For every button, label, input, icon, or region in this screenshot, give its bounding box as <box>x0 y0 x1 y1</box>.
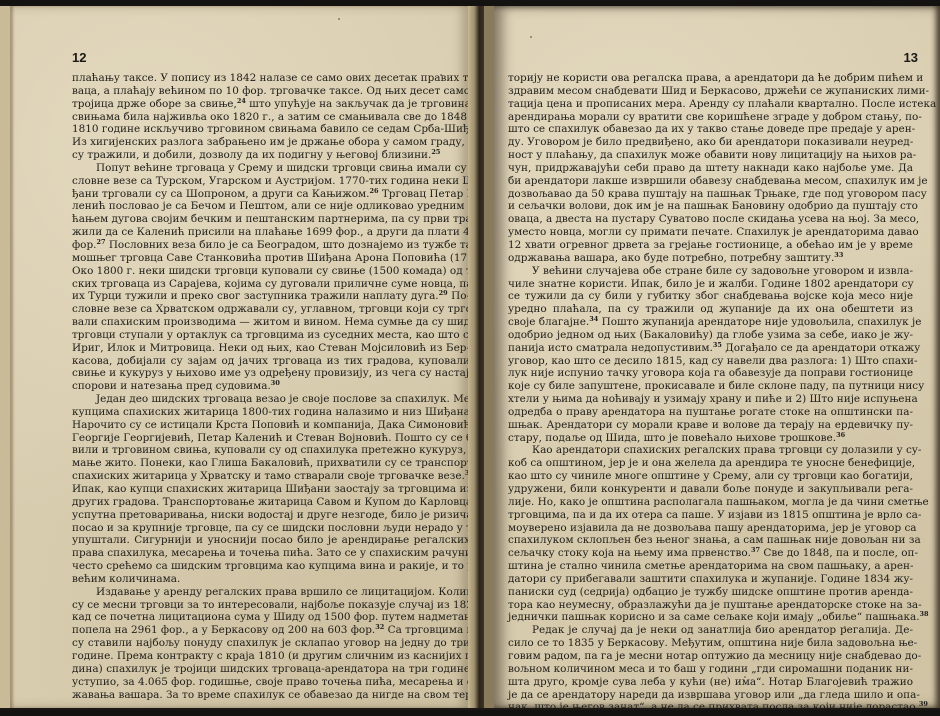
footnote-marker: 25 <box>431 148 440 156</box>
text-line: права спахилука, месарења и точења пића.… <box>72 547 468 560</box>
text-line: ваца, а плаћају већином по 10 фор. тргов… <box>72 85 468 98</box>
text-line: мошњег трговца Саве Станковића против Ши… <box>72 252 468 265</box>
text-line: посао и за крупније трговце, па су се ши… <box>72 522 468 535</box>
paragraph: плаћању таксе. У попису из 1842 налазе с… <box>72 72 468 162</box>
footnote-marker: 27 <box>96 238 105 246</box>
text-line: ских трговаца из Сарајева, којима су дуг… <box>72 278 468 291</box>
text-line: коб са општином, јер је и она желела да … <box>508 457 913 470</box>
text-line: лије. Но, како је општина располагала па… <box>508 496 913 509</box>
text-line: одржавања вашара, ако буде потребно, пот… <box>508 252 913 265</box>
paper-speck <box>130 694 132 696</box>
text-line: панија исто сматрала недопустивим.35 Дог… <box>508 342 913 355</box>
text-line: здравим месом снабдевати Шид и Беркасово… <box>508 85 913 98</box>
text-line: Око 1800 г. неки шидски трговци куповали… <box>72 265 468 278</box>
text-line: датори су прибегавали заштити спахилука … <box>508 573 913 586</box>
text-line: Као арендатори спахиских регалских права… <box>508 444 913 457</box>
paragraph: Редак је случај да је неки од занатлија … <box>508 624 913 708</box>
text-line: касова, добијали су зајам од јачих тргов… <box>72 355 468 368</box>
page-body-text: торију не користи ова регалска права, а … <box>508 72 913 708</box>
text-line: се тужили да су били у губитку због снаб… <box>508 290 913 303</box>
text-line: плаћању таксе. У попису из 1842 налазе с… <box>72 72 468 85</box>
footnote-marker: 26 <box>369 187 378 195</box>
page-number: 13 <box>904 50 918 65</box>
text-line: што се спахилук обавезао да их у такво с… <box>508 123 913 136</box>
text-line: трговцима, па и да их отера са паше. У и… <box>508 509 913 522</box>
paper-speck <box>338 18 340 20</box>
text-line: шњак. Арендатори су морали краве и волов… <box>508 419 913 432</box>
text-line: као што су чиниле многе општине у Срему,… <box>508 470 913 483</box>
text-line: У већини случајева обе стране биле су за… <box>508 265 913 278</box>
text-line: тација цена и прописаних мера. Аренду су… <box>508 98 913 111</box>
text-line: фор.27 Пословних веза било је са Београд… <box>72 239 468 252</box>
text-line: Из хигијенских разлога забрањено им је д… <box>72 136 468 149</box>
text-line: штина је стално чинила сметње арендатори… <box>508 560 913 573</box>
text-line: спорови и натезања пред судовима.30 <box>72 380 468 393</box>
text-line: често срећемо са шидским трговцима као к… <box>72 560 468 573</box>
text-line: трговци ступали у ортаклук са трговцима … <box>72 329 468 342</box>
text-line: торију не користи ова регалска права, а … <box>508 72 913 85</box>
footnote-marker: 30 <box>271 379 280 387</box>
footnote-marker: 34 <box>589 315 598 323</box>
text-line: сило се то 1835 у Беркасову. Међутим, оп… <box>508 637 913 650</box>
text-line: је да се арендатору нареди да извршава у… <box>508 689 913 702</box>
text-line: свињама била најживља око 1820 г., а зат… <box>72 111 468 124</box>
text-line: и сељачки волови, док им је на пашњак Ба… <box>508 200 913 213</box>
text-line: хтели у њима да ноћивају и узимају храну… <box>508 393 913 406</box>
footnote-marker: 37 <box>751 546 760 554</box>
text-line: би арендатори лакше извршили обавезу сна… <box>508 175 913 188</box>
text-line: су тражили, и добили, дозволу да их поди… <box>72 149 468 162</box>
paragraph: Попут већине трговаца у Срему и шидски т… <box>72 162 468 393</box>
right-page: 13 торију не користи ова регалска права,… <box>484 6 940 708</box>
left-page: 12 плаћању таксе. У попису из 1842 налаз… <box>0 6 468 708</box>
text-line: удружени, били конкуренти и давали боље … <box>508 483 913 496</box>
paragraph: Један део шидских трговаца везао је свој… <box>72 393 468 586</box>
text-line: шта друго, кромје сува леба у кући (не) … <box>508 676 913 689</box>
text-line: су се месни трговци за то интересовали, … <box>72 599 468 612</box>
text-line: ћањем дугова својим бечким и пештанским … <box>72 213 468 226</box>
paper-speck <box>440 74 442 76</box>
text-line: других градова. Транспортовање житарица … <box>72 496 468 509</box>
paragraph: У већини случајева обе стране биле су за… <box>508 265 913 445</box>
text-line: вољном количином меса и то баш у години … <box>508 663 913 676</box>
text-line: тројица држе оборе за свиње,24 што упућу… <box>72 98 468 111</box>
text-line: упуштали. Сигурнији и уноснији посао бил… <box>72 534 468 547</box>
text-line: уступио, за 4.065 фор. годишње, своје пр… <box>72 676 468 689</box>
text-line: словне везе са Хрватском одржавали су, у… <box>72 303 468 316</box>
text-line: Ириг, Илок и Митровица. Неки од њих, као… <box>72 342 468 355</box>
text-line: већим количинама. <box>72 573 468 586</box>
footnote-marker: 38 <box>920 610 929 618</box>
text-line: ђани трговали су са Шопроном, а други са… <box>72 188 468 201</box>
paper-speck <box>744 676 746 678</box>
paragraph: Издавање у аренду регалских права вршило… <box>72 586 468 702</box>
text-line: жили да се Каленић присили на плаћање 16… <box>72 226 468 239</box>
paper-speck <box>530 36 532 38</box>
text-line: говим радом, па га је месни нотар оптужи… <box>508 650 913 663</box>
text-line: их Турци тужили и преко свог заступника … <box>72 290 468 303</box>
text-line: једнички пашњак корисно и за саме сељаке… <box>508 611 913 624</box>
text-line: године. Према контракту с краја 1810 (и … <box>72 650 468 663</box>
text-line: оваца, а двеста на пустару Суватово посл… <box>508 213 913 226</box>
text-line: спахилуком склопљен без њеног знања, а с… <box>508 534 913 547</box>
text-line: Георгије Георгијевић, Петар Каленић и Ст… <box>72 432 468 445</box>
text-line: дина) спахилук је тројици шидских тргова… <box>72 663 468 676</box>
text-line: 1810 године искључиво трговином свињама … <box>72 123 468 136</box>
text-line: одредба о праву арендатора на пуштање ро… <box>508 406 913 419</box>
text-line: успутна претоваривања, ниски водостај и … <box>72 509 468 522</box>
footnote-marker: 32 <box>375 623 384 631</box>
text-line: спахиских житарица у Хрватску и тамо ств… <box>72 470 468 483</box>
text-line: дозвољавао да 50 крава пуштају на пашњак… <box>508 188 913 201</box>
text-line: кад се почетна лицитациона сума у Шиду о… <box>72 611 468 624</box>
text-line: Попут већине трговаца у Срему и шидски т… <box>72 162 468 175</box>
text-line: нак, што је његов занат“, а не да се при… <box>508 701 913 708</box>
text-line: Нарочито су се истицали Крста Поповић и … <box>72 419 468 432</box>
text-line: своје благајне.34 Пошто жупанија арендат… <box>508 316 913 329</box>
text-line: купцима спахиских житарица 1800-тих годи… <box>72 406 468 419</box>
text-line: арендирања морали су вратити све коришће… <box>508 111 913 124</box>
text-line: уговор, као што се десило 1815, кад су н… <box>508 355 913 368</box>
footnote-marker: 39 <box>919 700 928 708</box>
text-line: уместо новца, могли су примати печате. С… <box>508 226 913 239</box>
text-line: мање жито. Понеки, као Глиша Бакаловић, … <box>72 457 468 470</box>
text-line: одобрио једном од њих (Бакаловићу) да гл… <box>508 329 913 342</box>
footnote-marker: 24 <box>237 97 246 105</box>
text-line: ду. Уговором је било предвиђено, ако би … <box>508 136 913 149</box>
text-line: вали спахиским производима — житом и вин… <box>72 316 468 329</box>
page-body-text: плаћању таксе. У попису из 1842 налазе с… <box>72 72 468 701</box>
book-spread: 12 плаћању таксе. У попису из 1842 налаз… <box>0 6 940 710</box>
footnote-marker: 33 <box>834 251 843 259</box>
text-line: сељачку стоку која на њему има првенство… <box>508 547 913 560</box>
text-line: стару, подаље од Шида, што је повећало њ… <box>508 432 913 445</box>
text-line: које су биле запуштене, прокисавале и би… <box>508 380 913 393</box>
paragraph: Као арендатори спахиских регалских права… <box>508 444 913 624</box>
page-number: 12 <box>72 50 86 65</box>
text-line: вили и трговином свиња, куповали су од с… <box>72 444 468 457</box>
text-line: 12 хвати огревног дрвета за грејање гост… <box>508 239 913 252</box>
text-line: моуверено изјавила да не дозвољава пашу … <box>508 522 913 535</box>
text-line: попела на 2961 фор., а у Беркасову од 20… <box>72 624 468 637</box>
text-line: уредно плаћала, па су тражили од жупаниј… <box>508 303 913 316</box>
text-line: ност у плаћању, да спахилук може обавити… <box>508 149 913 162</box>
book-gutter <box>468 6 484 708</box>
text-line: Редак је случај да је неки од занатлија … <box>508 624 913 637</box>
text-line: су ставили најбољу понуду спахилук је ск… <box>72 637 468 650</box>
text-line: чун, придржавајући себи право да штету н… <box>508 162 913 175</box>
text-line: словне везе са Турском, Угарском и Аустр… <box>72 175 468 188</box>
text-line: Један део шидских трговаца везао је свој… <box>72 393 468 406</box>
text-line: паниски суд (седрија) одбацио је тужбу ш… <box>508 586 913 599</box>
footnote-marker: 36 <box>836 431 845 439</box>
footnote-marker: 29 <box>439 289 448 297</box>
text-line: лук није испунио тачку уговора која га о… <box>508 367 913 380</box>
paragraph: торију не користи ова регалска права, а … <box>508 72 913 265</box>
text-line: Ипак, као купци спахиских житарица Шиђан… <box>72 483 468 496</box>
paper-speck <box>844 626 846 628</box>
text-line: чиле знатне користи. Ипак, било је и жал… <box>508 278 913 291</box>
footnote-marker: 35 <box>713 341 722 349</box>
text-line: ленић пословао је са Бечом и Пештом, али… <box>72 200 468 213</box>
text-line: тора као неумесну, образлажући да је пуш… <box>508 599 913 612</box>
text-line: Издавање у аренду регалских права вршило… <box>72 586 468 599</box>
